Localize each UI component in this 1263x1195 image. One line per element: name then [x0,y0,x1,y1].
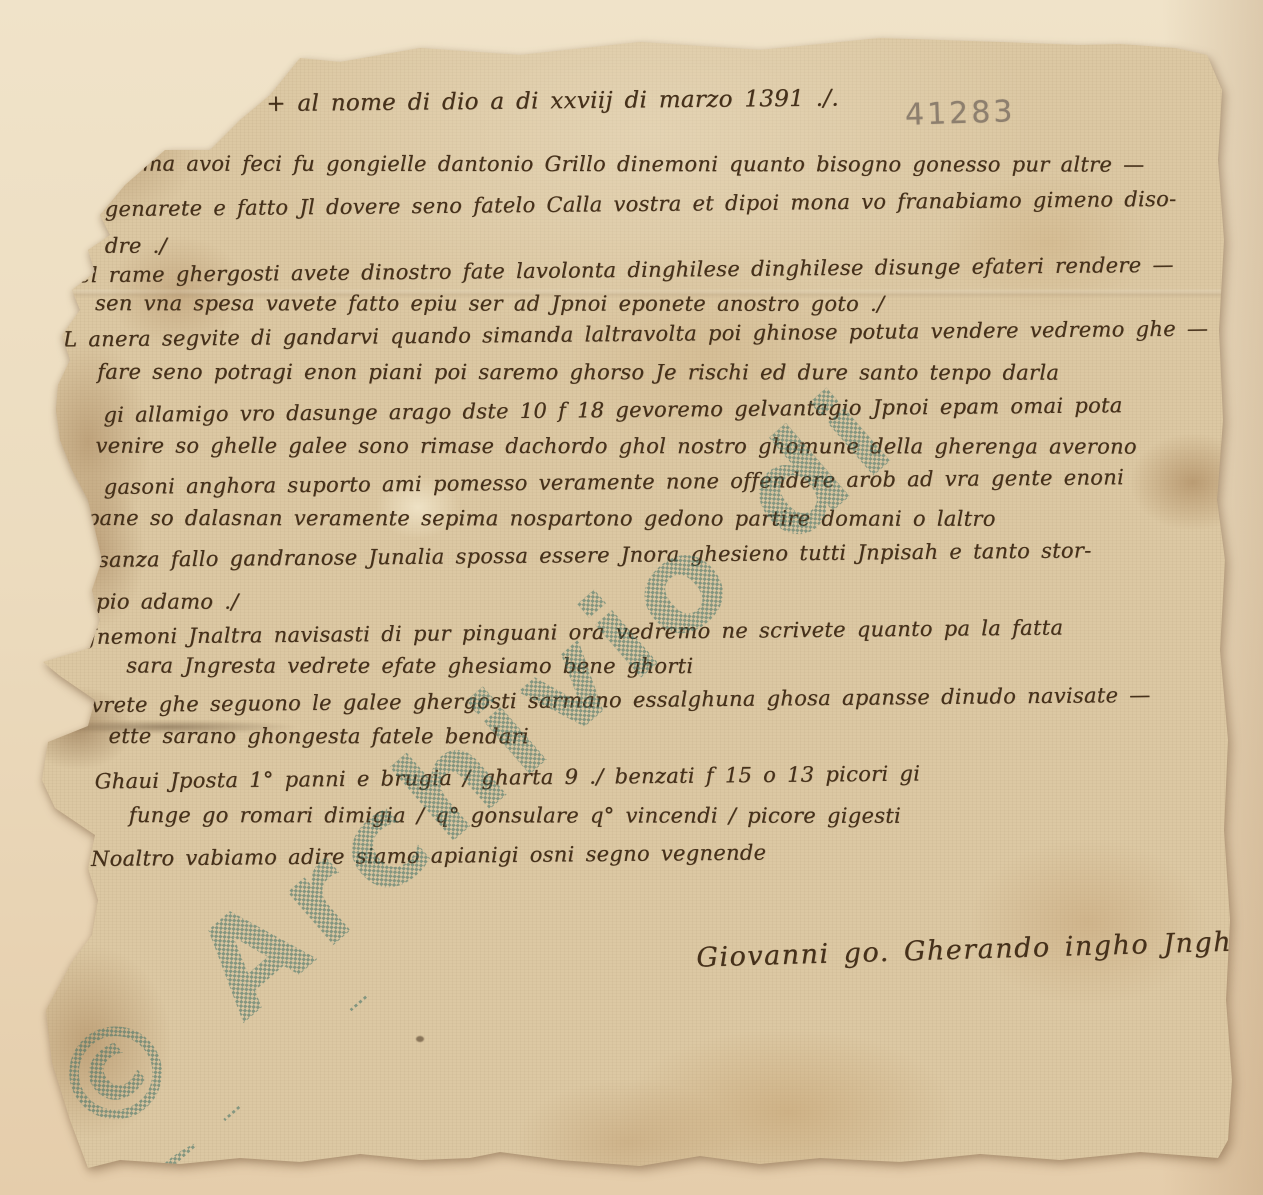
letter-line: genarete e fatto Jl dovere seno fatelo C… [105,187,1177,221]
signature-line: Giovanni go. Gherando ingho Jngha — [696,925,1263,974]
letter-line: sara Jngresta vedrete efate ghesiamo ben… [126,654,693,678]
letter-line: L ultima avoi feci fu gongielle dantonio… [80,152,1144,177]
letter-line: sanza fallo gandranose Junalia spossa es… [98,538,1092,572]
letter-line: Avrete ghe seguono le galee ghergosti sa… [76,683,1150,717]
archive-number: 41283 [904,94,1016,133]
letter-line: pane so dalasnan veramente sepima nospar… [86,506,996,531]
manuscript-paper: + al nome di dio a di xxviij di marzo 13… [28,22,1240,1168]
letter-text: + al nome di dio a di xxviij di marzo 13… [26,20,1242,1170]
document-scan: + al nome di dio a di xxviij di marzo 13… [28,22,1240,1168]
letter-line: funge go romari dimigia / q° gonsulare q… [129,803,901,828]
letter-line: gasoni anghora suporto ami pomesso veram… [104,465,1125,499]
letter-line: Ghaui Jposta 1° panni e brugia / gharta … [95,761,921,793]
letter-line: dre ./ [105,234,167,258]
letter-line: Jnemoni Jnaltra navisasti di pur pinguan… [88,616,1063,649]
letter-line: Noaltro vabiamo adire siamo apianigi osn… [91,840,767,870]
letter-line: venire so ghelle galee sono rimase dacho… [95,434,1136,459]
letter-line: gi allamigo vro dasunge arago dste 10 f … [103,393,1122,427]
letter-line: pio adamo ./ [96,590,239,614]
mount-background: { "archive_number": "41283", "watermark"… [0,0,1263,1195]
letter-line: L anera segvite di gandarvi quando siman… [63,316,1208,351]
dateline: + al nome di dio a di xxviij di marzo 13… [266,86,839,117]
letter-line: Del rame ghergosti avete dinostro fate l… [61,253,1174,288]
letter-line: fare seno potragi enon piani poi saremo … [97,360,1059,385]
letter-line: ette sarano ghongesta fatele bendari [108,724,528,748]
letter-line: sen vna spesa vavete fatto epiu ser ad J… [95,291,884,316]
